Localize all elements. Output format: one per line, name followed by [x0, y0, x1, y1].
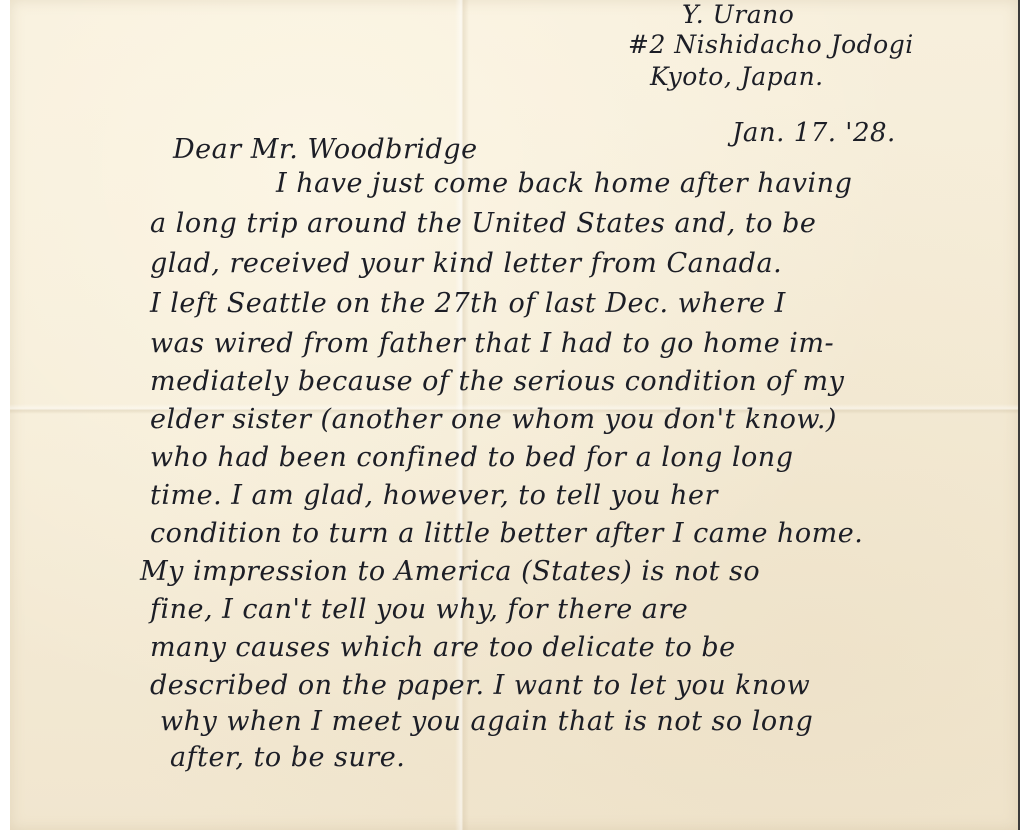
sender-address-line-2: Kyoto, Japan. [650, 62, 824, 91]
scanned-letter: Y. Urano #2 Nishidacho Jodogi Kyoto, Jap… [0, 0, 1024, 838]
body-line: was wired from father that I had to go h… [150, 328, 834, 359]
letter-paper: Y. Urano #2 Nishidacho Jodogi Kyoto, Jap… [10, 0, 1020, 830]
body-line: who had been confined to bed for a long … [150, 442, 793, 473]
body-line: why when I meet you again that is not so… [160, 706, 813, 737]
sender-name: Y. Urano [682, 0, 794, 29]
body-line: a long trip around the United States and… [150, 208, 816, 239]
body-line: many causes which are too delicate to be [150, 632, 736, 663]
body-line: elder sister (another one whom you don't… [150, 404, 837, 435]
body-line: I have just come back home after having [276, 168, 852, 199]
letter-date: Jan. 17. '28. [732, 118, 896, 148]
body-line: mediately because of the serious conditi… [150, 366, 844, 397]
body-line: condition to turn a little better after … [150, 518, 863, 549]
body-line: fine, I can't tell you why, for there ar… [150, 594, 688, 625]
body-line: My impression to America (States) is not… [140, 556, 760, 587]
body-line: I left Seattle on the 27th of last Dec. … [150, 288, 786, 319]
body-line: time. I am glad, however, to tell you he… [150, 480, 718, 511]
body-line: glad, received your kind letter from Can… [150, 248, 782, 279]
body-line: after, to be sure. [170, 742, 405, 773]
salutation: Dear Mr. Woodbridge [173, 134, 478, 165]
body-line: described on the paper. I want to let yo… [150, 670, 810, 701]
sender-address-line-1: #2 Nishidacho Jodogi [628, 30, 914, 59]
